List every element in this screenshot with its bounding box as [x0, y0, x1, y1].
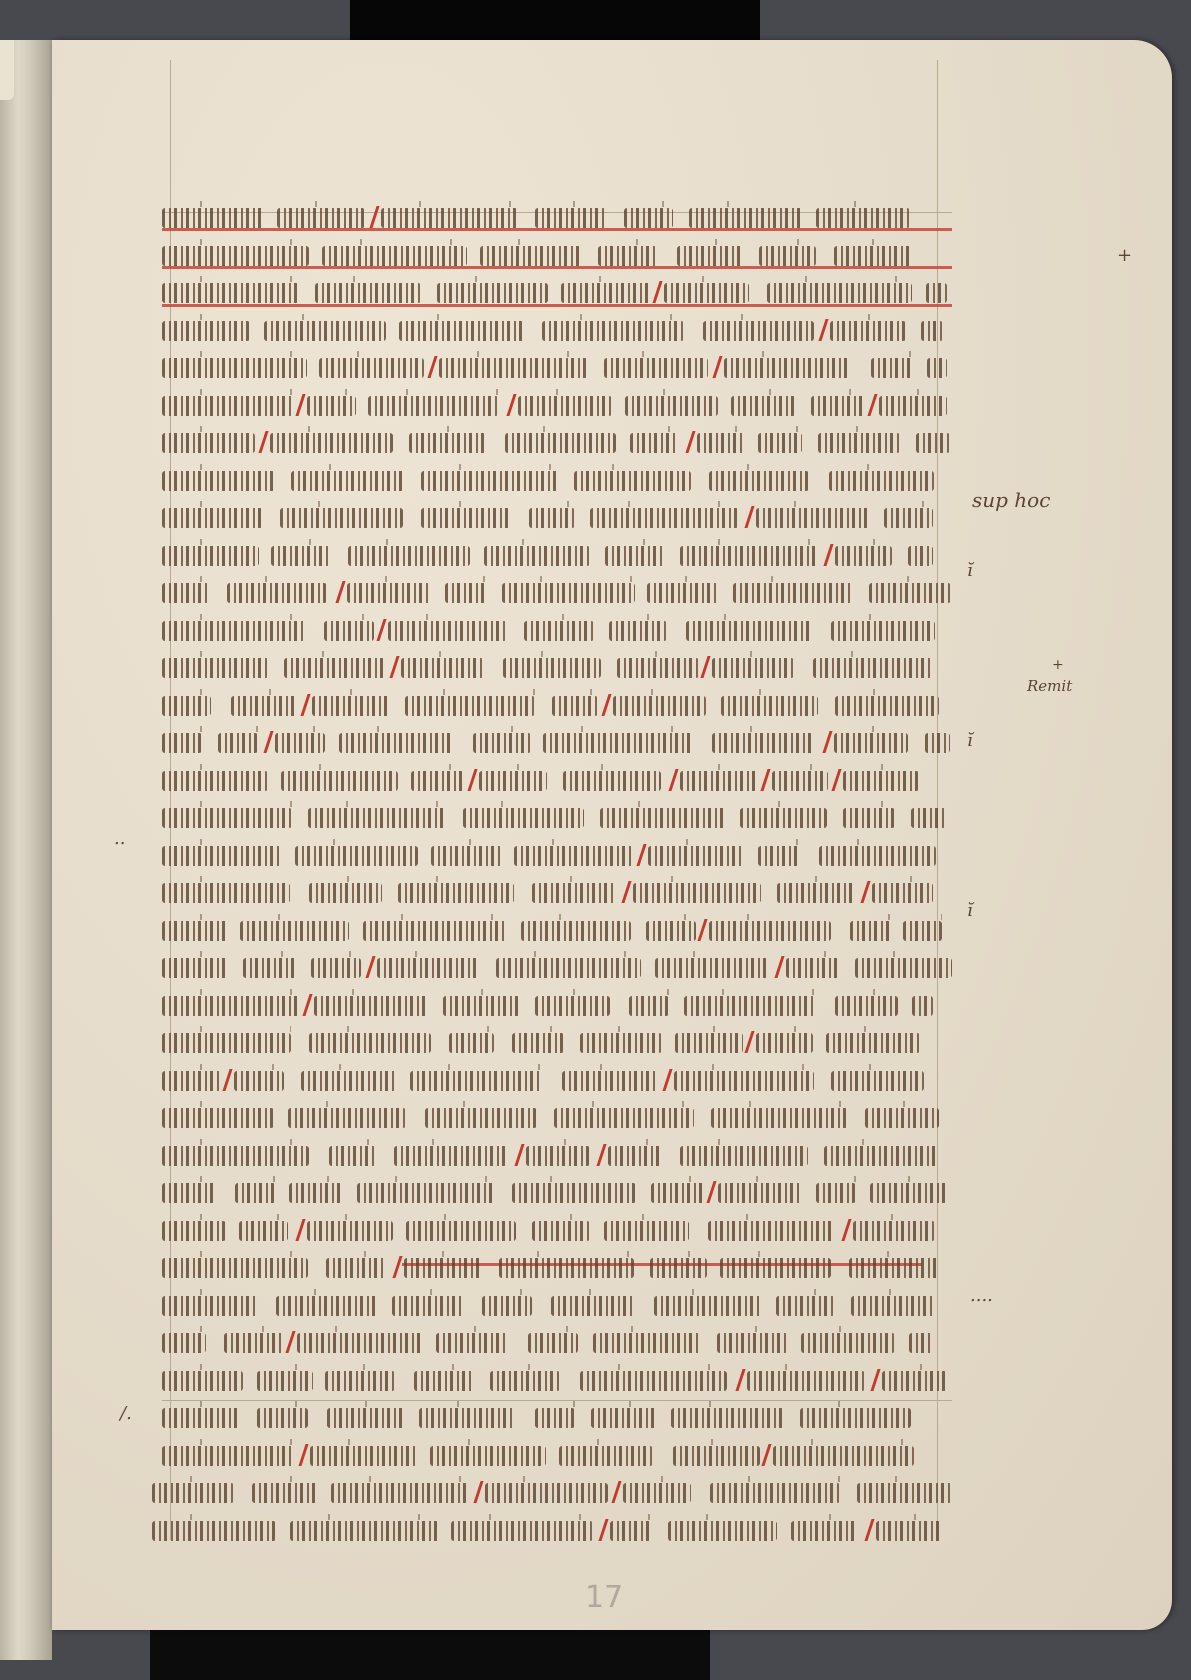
text-line — [162, 1475, 992, 1513]
text-line — [162, 575, 992, 613]
margin-note-dots-left: .. — [114, 828, 125, 849]
manuscript-text-block — [162, 200, 992, 1550]
text-line — [162, 988, 992, 1026]
text-line — [162, 1363, 992, 1401]
book-spine-edge — [0, 40, 52, 1660]
text-line — [162, 1288, 992, 1326]
text-line — [162, 725, 992, 763]
text-line — [162, 463, 992, 501]
text-line — [162, 800, 992, 838]
text-line — [162, 688, 992, 726]
margin-note-plus-top: + — [1117, 245, 1132, 266]
text-line — [162, 500, 992, 538]
text-line — [162, 313, 992, 351]
text-line — [162, 913, 992, 951]
text-line — [162, 763, 992, 801]
text-line — [162, 238, 992, 276]
text-line — [162, 1513, 992, 1551]
text-line — [162, 1250, 992, 1288]
margin-note-remit: Remit — [1027, 677, 1072, 695]
text-line — [162, 350, 992, 388]
text-line — [162, 950, 992, 988]
text-line — [162, 538, 992, 576]
text-line — [162, 200, 992, 238]
text-line — [162, 613, 992, 651]
text-line — [162, 650, 992, 688]
margin-note-slash-left: /. — [120, 1403, 132, 1424]
text-line — [162, 1138, 992, 1176]
text-line — [162, 1400, 992, 1438]
text-line — [162, 1325, 992, 1363]
text-line — [162, 275, 992, 313]
text-line — [162, 388, 992, 426]
text-line — [162, 1175, 992, 1213]
text-line — [162, 1063, 992, 1101]
text-line — [162, 838, 992, 876]
text-line — [162, 1100, 992, 1138]
text-line — [162, 875, 992, 913]
folio-number: 17 — [585, 1580, 623, 1615]
text-line — [162, 1438, 992, 1476]
margin-note-plus-mid: + — [1052, 657, 1064, 673]
scan-background-bottom-black — [150, 1622, 710, 1680]
text-line — [162, 1213, 992, 1251]
text-line — [162, 425, 992, 463]
text-line — [162, 1025, 992, 1063]
binding-thread — [0, 40, 14, 100]
